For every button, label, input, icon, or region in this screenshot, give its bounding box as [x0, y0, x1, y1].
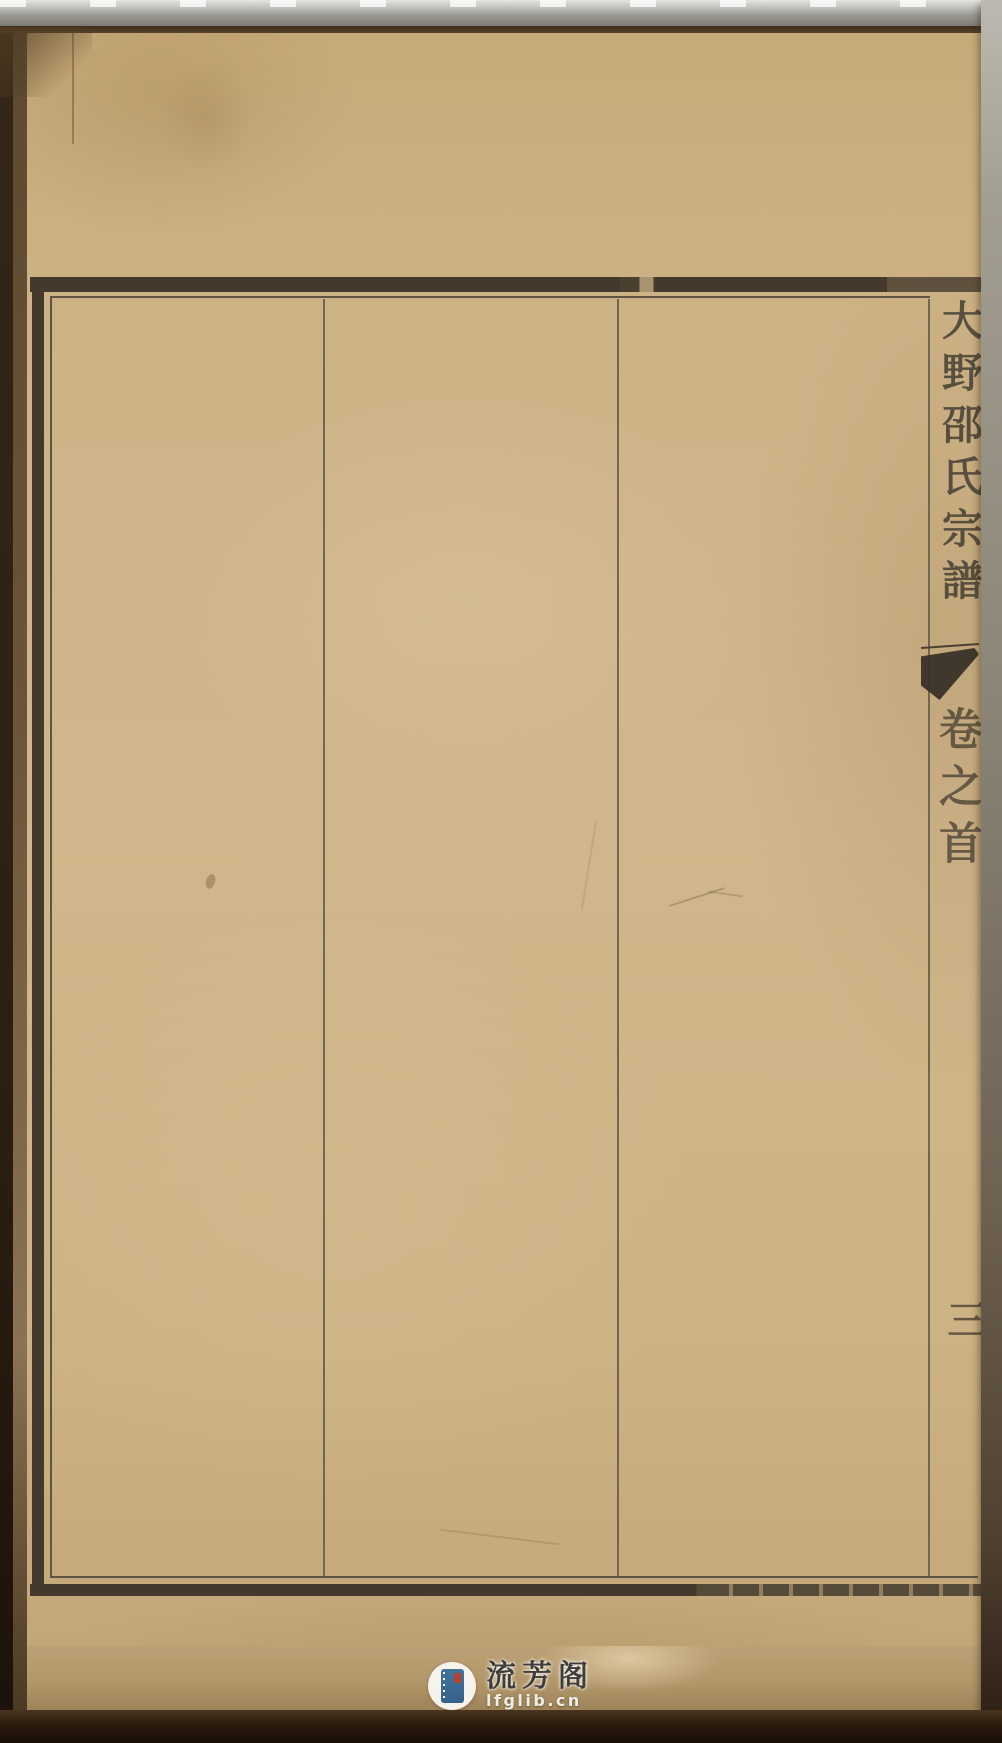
frame-innerline-top [50, 296, 930, 298]
column-divider-1 [323, 299, 325, 1576]
floor-bottom [0, 1710, 1002, 1743]
page-stack-left-edge [13, 30, 27, 1720]
frame-innerline-left [50, 296, 52, 1578]
corner-shadow [0, 27, 92, 97]
scanner-edge-right [981, 0, 1002, 1743]
book-icon [441, 1669, 464, 1703]
spine-title: 大野邵氏宗譜 [938, 299, 979, 611]
column-divider-2 [617, 299, 619, 1576]
underbar-shadow [0, 26, 1002, 33]
frame-innerline-bottom [50, 1576, 978, 1578]
spine-page-number: 三 [944, 1299, 984, 1339]
centerfold-line [928, 299, 930, 1576]
watermark-badge [428, 1662, 476, 1710]
spine-section-label: 卷之首 [934, 706, 978, 877]
watermark-url: lfglib.cn [486, 1692, 594, 1710]
watermark-name: 流芳阁 [486, 1662, 594, 1692]
scanner-bar-top [0, 0, 1002, 27]
frame-border-left [32, 277, 44, 1596]
frame-border-top [30, 277, 982, 292]
frame-border-bottom [30, 1584, 982, 1596]
backdrop-left-edge [0, 27, 13, 1743]
watermark: 流芳阁 lfglib.cn [428, 1662, 594, 1710]
paper-stain [160, 62, 250, 172]
scanned-book-photo: 大野邵氏宗譜 卷之首 三 流芳阁 lfglib.cn [0, 0, 1002, 1743]
watermark-text: 流芳阁 lfglib.cn [486, 1662, 594, 1710]
